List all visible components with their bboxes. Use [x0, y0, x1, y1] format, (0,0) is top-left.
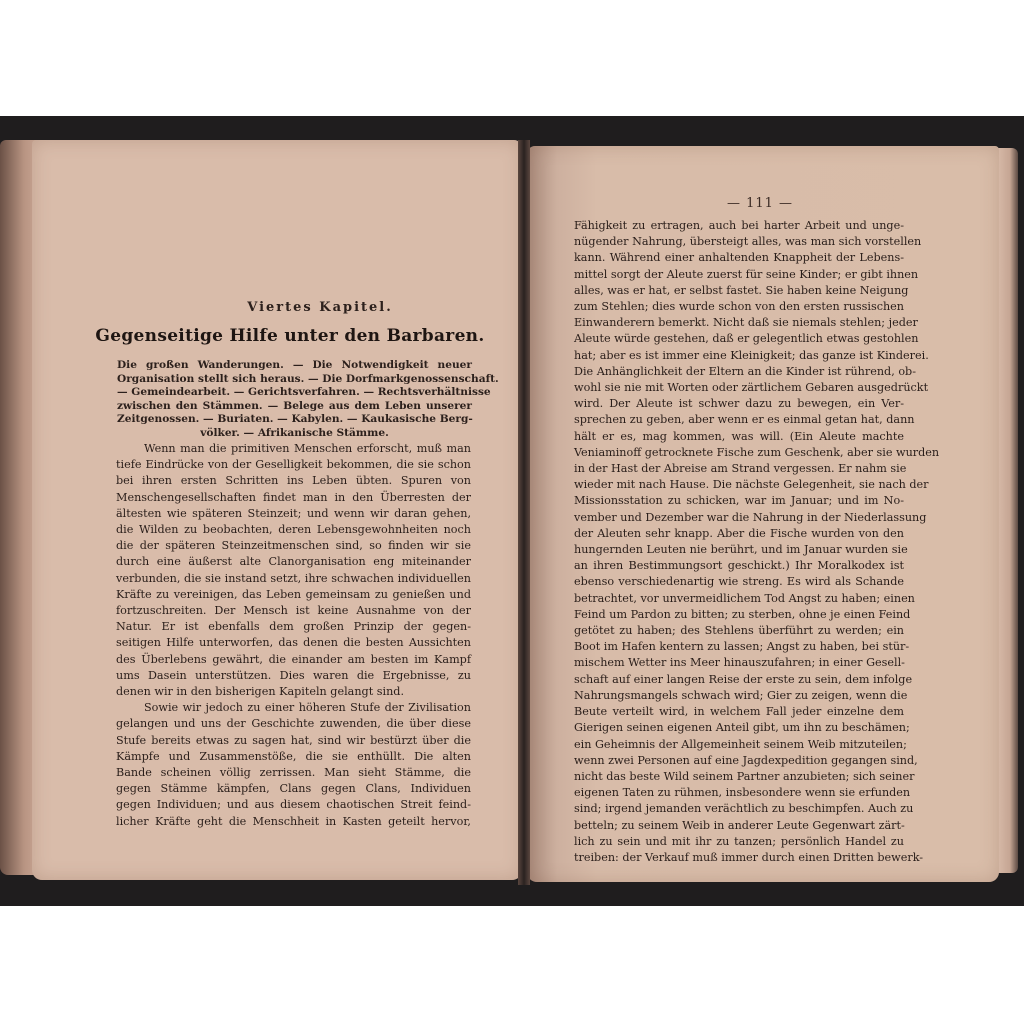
text-line: Missionsstation zu schicken, war im Janu…: [574, 493, 904, 509]
text-line: Veniaminoff getrocknete Fische zum Gesch…: [574, 445, 904, 461]
text-line: hungernden Leuten nie berührt, und im Ja…: [574, 542, 904, 558]
text-line: gelangen und uns der Geschichte zuwenden…: [116, 716, 471, 732]
text-line: Beute verteilt wird, in welchem Fall jed…: [574, 704, 904, 720]
text-line: alles, was er hat, er selbst fastet. Sie…: [574, 283, 904, 299]
text-line: mittel sorgt der Aleute zuerst für seine…: [574, 267, 904, 283]
text-line: in der Hast der Abreise am Strand verges…: [574, 461, 904, 477]
text-line: lich zu sein und mit ihr zu tanzen; pers…: [574, 834, 904, 850]
text-line: Einwanderern bemerkt. Nicht daß sie niem…: [574, 315, 904, 331]
text-line: ums Dasein unterstützen. Dies waren die …: [116, 668, 471, 684]
book-spine-gutter: [518, 140, 530, 885]
text-line: ein Geheimnis der Allgemeinheit seinem W…: [574, 737, 904, 753]
text-line: durch eine äußerst alte Clanorganisation…: [116, 554, 471, 570]
chapter-summary: Die großen Wanderungen. — Die Notwendigk…: [117, 359, 472, 441]
text-line: fortzuschreiten. Der Mensch ist keine Au…: [116, 603, 471, 619]
text-line: wenn zwei Personen auf eine Jagdexpediti…: [574, 753, 904, 769]
text-line: Kämpfe und Zusammenstöße, die sie enthül…: [116, 749, 471, 765]
text-line: vember und Dezember war die Nahrung in d…: [574, 510, 904, 526]
text-line: ebenso verschiedenartig wie streng. Es w…: [574, 574, 904, 590]
summary-line: Zeitgenossen. — Buriaten. — Kabylen. — K…: [117, 413, 472, 427]
text-line: Fähigkeit zu ertragen, auch bei harter A…: [574, 218, 904, 234]
text-line: Wenn man die primitiven Menschen erforsc…: [116, 441, 471, 457]
summary-line: zwischen den Stämmen. — Belege aus dem L…: [117, 400, 472, 414]
text-line: Bande scheinen völlig zerrissen. Man sie…: [116, 765, 471, 781]
right-page-body: Fähigkeit zu ertragen, auch bei harter A…: [574, 218, 904, 866]
text-line: hat; aber es ist immer eine Kleinigkeit;…: [574, 348, 904, 364]
text-line: an ihren Bestimmungsort geschickt.) Ihr …: [574, 558, 904, 574]
text-line: der Aleuten sehr knapp. Aber die Fische …: [574, 526, 904, 542]
text-line: kann. Während einer anhaltenden Knapphei…: [574, 250, 904, 266]
text-line: nicht das beste Wild seinem Partner anzu…: [574, 769, 904, 785]
text-line: Aleute würde gestehen, daß er gelegentli…: [574, 331, 904, 347]
text-line: Feind um Pardon zu bitten; zu sterben, o…: [574, 607, 904, 623]
text-line: hält er es, mag kommen, was will. (Ein A…: [574, 429, 904, 445]
text-line: seitigen Hilfe unterworfen, das denen di…: [116, 635, 471, 651]
book-edge-right: [998, 148, 1018, 873]
text-line: treiben: der Verkauf muß immer durch ein…: [574, 850, 904, 866]
text-line: zum Stehlen; dies wurde schon von den er…: [574, 299, 904, 315]
text-line: licher Kräfte geht die Menschheit in Kas…: [116, 814, 471, 830]
chapter-label: Viertes Kapitel.: [120, 300, 520, 315]
text-line: Kräfte zu vereinigen, das Leben gemeinsa…: [116, 587, 471, 603]
chapter-title: Gegenseitige Hilfe unter den Barbaren.: [60, 326, 520, 346]
text-line: nügender Nahrung, übersteigt alles, was …: [574, 234, 904, 250]
text-line: Gierigen seinen eigenen Anteil gibt, um …: [574, 720, 904, 736]
text-line: Nahrungsmangels schwach wird; Gier zu ze…: [574, 688, 904, 704]
text-line: betteln; zu seinem Weib in anderer Leute…: [574, 818, 904, 834]
text-line: Die Anhänglichkeit der Eltern an die Kin…: [574, 364, 904, 380]
text-line: eigenen Taten zu rühmen, insbesondere we…: [574, 785, 904, 801]
text-line: wohl sie nie mit Worten oder zärtlichem …: [574, 380, 904, 396]
summary-line: Organisation stellt sich heraus. — Die D…: [117, 373, 472, 387]
text-line: Menschengesellschaften findet man in den…: [116, 490, 471, 506]
left-page-body: Wenn man die primitiven Menschen erforsc…: [116, 441, 471, 830]
text-line: verbunden, die sie instand setzt, ihre s…: [116, 571, 471, 587]
text-line: bei ihren ersten Schritten ins Leben übt…: [116, 473, 471, 489]
page-number: — 111 —: [700, 196, 820, 211]
summary-line: — Gemeindearbeit. — Gerichtsverfahren. —…: [117, 386, 472, 400]
text-line: sprechen zu geben, aber wenn er es einma…: [574, 412, 904, 428]
text-line: die Wilden zu beobachten, deren Lebensge…: [116, 522, 471, 538]
text-line: betrachtet, vor unvermeidlichem Tod Angs…: [574, 591, 904, 607]
text-line: getötet zu haben; des Stehlens überführt…: [574, 623, 904, 639]
text-line: Boot im Hafen kentern zu lassen; Angst z…: [574, 639, 904, 655]
text-line: wieder mit nach Hause. Die nächste Geleg…: [574, 477, 904, 493]
text-line: gegen Individuen; und aus diesem chaotis…: [116, 797, 471, 813]
text-line: Stufe bereits etwas zu sagen hat, sind w…: [116, 733, 471, 749]
text-line: schaft auf einer langen Reise der erste …: [574, 672, 904, 688]
text-line: ältesten wie späteren Steinzeit; und wen…: [116, 506, 471, 522]
text-line: sind; irgend jemanden verächtlich zu bes…: [574, 801, 904, 817]
summary-line: völker. — Afrikanische Stämme.: [117, 427, 472, 441]
text-line: die der späteren Steinzeitmenschen sind,…: [116, 538, 471, 554]
text-line: denen wir in den bisherigen Kapiteln gel…: [116, 684, 471, 700]
text-line: Sowie wir jedoch zu einer höheren Stufe …: [116, 700, 471, 716]
text-line: wird. Der Aleute ist schwer dazu zu bewe…: [574, 396, 904, 412]
text-line: tiefe Eindrücke von der Geselligkeit bek…: [116, 457, 471, 473]
text-line: des Überlebens gewährt, die einander am …: [116, 652, 471, 668]
text-line: gegen Stämme kämpfen, Clans gegen Clans,…: [116, 781, 471, 797]
summary-line: Die großen Wanderungen. — Die Notwendigk…: [117, 359, 472, 373]
text-line: Natur. Er ist ebenfalls dem großen Prinz…: [116, 619, 471, 635]
text-line: mischem Wetter ins Meer hinauszufahren; …: [574, 655, 904, 671]
